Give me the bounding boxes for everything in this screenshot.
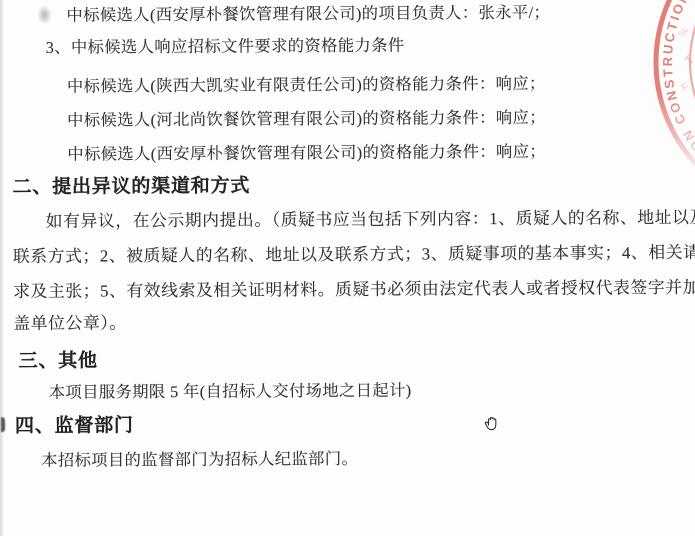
scan-edge-mark xyxy=(1,417,5,432)
item3-qualification-heading: 3、中标候选人响应招标文件要求的资格能力条件 xyxy=(46,37,405,58)
qualification-line: 中标候选人(河北尚饮餐饮管理有限公司)的资格能力条件：响应； xyxy=(67,109,546,131)
section-heading-supervision: 四、监督部门 xyxy=(15,415,134,438)
qualification-line: 中标候选人(西安厚朴餐饮管理有限公司)的资格能力条件：响应； xyxy=(67,143,546,165)
scan-smudge xyxy=(37,5,51,25)
objection-paragraph-line: 求及主张；5、有效线索及相关证明材料。质疑书必须由法定代表人或者授权代表签字并加 xyxy=(13,278,695,302)
section-heading-objection: 二、提出异议的渠道和方式 xyxy=(12,176,250,199)
scanned-document-page: 中标候选人(西安厚朴餐饮管理有限公司)的项目负责人：张永平/； 3、中标候选人响… xyxy=(0,0,695,536)
supervision-department-line: 本招标项目的监督部门为招标人纪监部门。 xyxy=(41,450,358,471)
objection-paragraph-line: 如有异议，在公示期内提出。（质疑书应当包括下列内容：1、质疑人的名称、地址以及 xyxy=(46,208,695,231)
qualification-line: 中标候选人(陕西大凯实业有限责任公司)的资格能力条件：响应； xyxy=(67,75,546,97)
document-content: 中标候选人(西安厚朴餐饮管理有限公司)的项目负责人：张永平/； 3、中标候选人响… xyxy=(0,0,695,536)
section-heading-other: 三、其他 xyxy=(19,351,98,373)
objection-paragraph-line: 盖单位公章）。 xyxy=(13,313,126,333)
service-period-line: 本项目服务期限 5 年(自招标人交付场地之日起计) xyxy=(49,382,412,403)
objection-paragraph-line: 联系方式；2、被质疑人的名称、地址以及联系方式；3、质疑事项的基本事实；4、相关… xyxy=(13,243,695,267)
project-manager-line: 中标候选人(西安厚朴餐饮管理有限公司)的项目负责人：张永平/； xyxy=(66,4,550,26)
